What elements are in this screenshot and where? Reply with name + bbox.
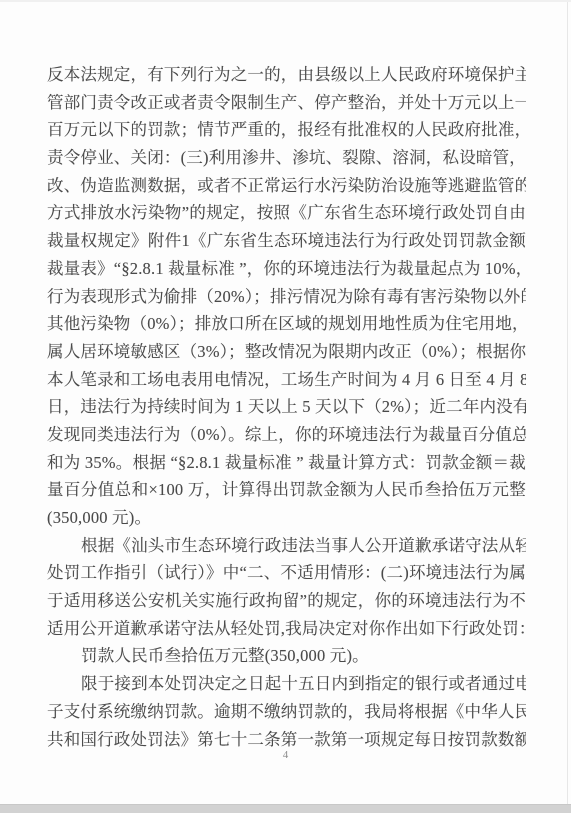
scanned-document-page: 反本法规定，有下列行为之一的，由县级以上人民政府环境保护主 管部门责令改正或者责… bbox=[0, 0, 571, 813]
document-line: 方式排放水污染物”的规定，按照《广东省生态环境行政处罚自由 bbox=[47, 199, 526, 227]
document-line: 其他污染物（0%）；排放口所在区域的规划用地性质为住宅用地， bbox=[47, 310, 526, 338]
document-line: 和为 35%。根据 “§2.8.1 裁量标准 ” 裁量计算方式：罚款金额＝裁 bbox=[47, 449, 526, 477]
document-line: 适用公开道歉承诺守法从轻处罚,我局决定对你作出如下行政处罚： bbox=[47, 615, 526, 643]
document-line: 改、伪造监测数据，或者不正常运行水污染防治设施等逃避监管的 bbox=[47, 172, 526, 200]
document-line: 裁量权规定》附件1《广东省生态环境违法行为行政处罚罚款金额 bbox=[47, 227, 526, 255]
document-line: 罚款人民币叁拾伍万元整(350,000 元)。 bbox=[47, 642, 526, 670]
document-line: 子支付系统缴纳罚款。逾期不缴纳罚款的，我局将根据《中华人民 bbox=[47, 698, 526, 726]
paragraph: 根据《汕头市生态环境行政违法当事人公开道歉承诺守法从轻 处罚工作指引（试行）》中… bbox=[47, 532, 526, 643]
document-line: 裁量表》“§2.8.1 裁量标准 ”，你的环境违法行为裁量起点为 10%， bbox=[47, 255, 526, 283]
document-line: 于适用移送公安机关实施行政拘留”的规定，你的环境违法行为不 bbox=[47, 587, 526, 615]
document-line: 量百分值总和×100 万，计算得出罚款金额为人民币叁拾伍万元整 bbox=[47, 476, 526, 504]
scan-top-edge bbox=[0, 0, 571, 2]
document-line: 属人居环境敏感区（3%）；整改情况为限期内改正（0%）；根据你 bbox=[47, 338, 526, 366]
document-line: 发现同类违法行为（0%）。综上，你的环境违法行为裁量百分值总 bbox=[47, 421, 526, 449]
document-line: 日，违法行为持续时间为 1 天以上 5 天以下（2%）；近二年内没有 bbox=[47, 393, 526, 421]
paragraph: 限于接到本处罚决定之日起十五日内到指定的银行或者通过电 子支付系统缴纳罚款。逾期… bbox=[47, 670, 526, 753]
scan-bottom-edge bbox=[0, 804, 571, 813]
scan-right-edge bbox=[567, 2, 568, 805]
document-body: 反本法规定，有下列行为之一的，由县级以上人民政府环境保护主 管部门责令改正或者责… bbox=[47, 61, 526, 753]
document-line: 处罚工作指引（试行）》中“二、不适用情形：(二)环境违法行为属 bbox=[47, 559, 526, 587]
document-line: 限于接到本处罚决定之日起十五日内到指定的银行或者通过电 bbox=[47, 670, 526, 698]
document-line: (350,000 元)。 bbox=[47, 504, 526, 532]
paragraph: 反本法规定，有下列行为之一的，由县级以上人民政府环境保护主 管部门责令改正或者责… bbox=[47, 61, 526, 532]
paragraph-penalty-amount: 罚款人民币叁拾伍万元整(350,000 元)。 bbox=[47, 642, 526, 670]
document-line: 管部门责令改正或者责令限制生产、停产整治，并处十万元以上一 bbox=[47, 89, 526, 117]
document-line: 百万元以下的罚款；情节严重的，报经有批准权的人民政府批准， bbox=[47, 116, 526, 144]
document-line: 反本法规定，有下列行为之一的，由县级以上人民政府环境保护主 bbox=[47, 61, 526, 89]
document-line: 责令停业、关闭：(三)利用渗井、渗坑、裂隙、溶洞，私设暗管，篡 bbox=[47, 144, 526, 172]
document-line: 根据《汕头市生态环境行政违法当事人公开道歉承诺守法从轻 bbox=[47, 532, 526, 560]
document-line: 本人笔录和工场电表用电情况，工场生产时间为 4 月 6 日至 4 月 8 bbox=[47, 366, 526, 394]
document-line: 行为表现形式为偷排（20%）；排污情况为除有毒有害污染物以外的 bbox=[47, 283, 526, 311]
page-number: 4 bbox=[0, 748, 571, 762]
